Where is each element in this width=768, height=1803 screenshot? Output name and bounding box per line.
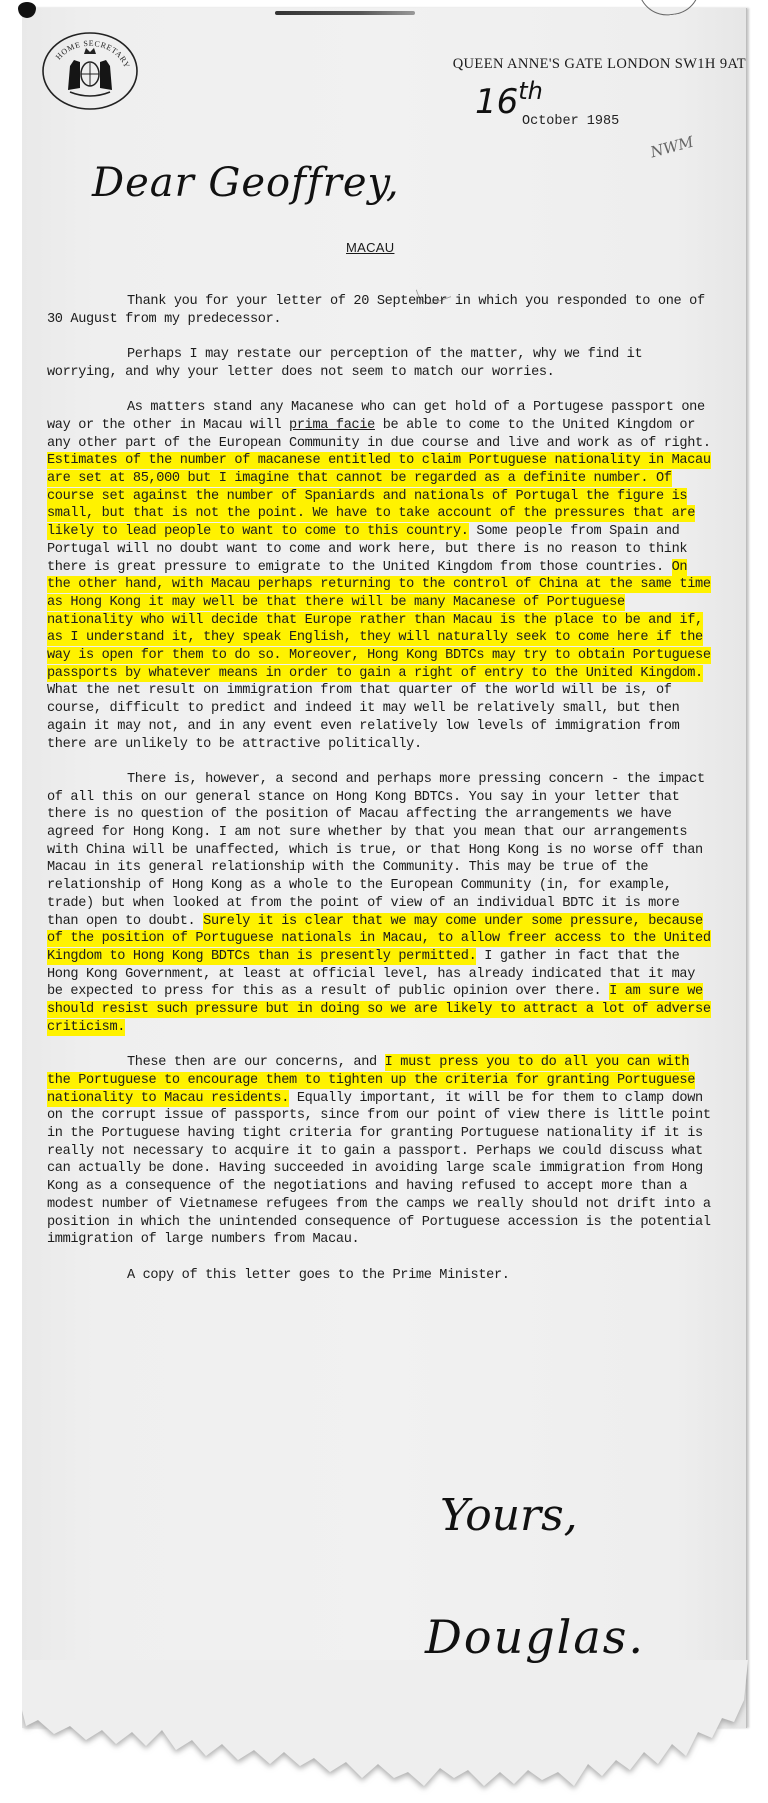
date-typed: October 1985 — [522, 114, 619, 129]
paragraph: These then are our concerns, and I must … — [47, 1054, 712, 1249]
redaction-mark — [275, 11, 415, 15]
signature: Douglas. — [425, 1610, 645, 1664]
salutation: Dear Geoffrey, — [92, 160, 400, 206]
highlighted-text: On the other hand, with Macau perhaps re… — [47, 559, 711, 682]
text-segment: Thank you for your letter of 20 Septembe… — [47, 294, 705, 327]
text-segment: Equally important, it will be for them t… — [47, 1091, 711, 1248]
text-segment: Perhaps I may restate our perception of … — [47, 347, 642, 380]
date-suffix: th — [518, 77, 543, 105]
subject-heading: MACAU — [346, 240, 394, 255]
paragraph: Perhaps I may restate our perception of … — [47, 346, 712, 381]
paragraph: Thank you for your letter of 20 Septembe… — [47, 293, 712, 328]
underlined-text: prima facie — [289, 418, 375, 433]
letter-body: Thank you for your letter of 20 Septembe… — [47, 293, 712, 1302]
royal-crest-seal-icon: HOME SECRETARY — [40, 30, 140, 112]
paragraph: As matters stand any Macanese who can ge… — [47, 399, 712, 753]
text-segment: What the net result on immigration from … — [47, 683, 679, 751]
svg-text:HOME SECRETARY: HOME SECRETARY — [54, 39, 132, 70]
paragraph: There is, however, a second and perhaps … — [47, 771, 712, 1037]
date-day: 16 — [475, 82, 518, 122]
torn-paper-edge — [22, 1660, 748, 1800]
closing: Yours, — [440, 1490, 578, 1541]
text-segment: There is, however, a second and perhaps … — [47, 772, 705, 929]
letterhead-address: QUEEN ANNE'S GATE LONDON SW1H 9AT — [453, 56, 746, 73]
text-segment: These then are our concerns, and — [127, 1055, 385, 1070]
paragraph: A copy of this letter goes to the Prime … — [47, 1267, 712, 1285]
text-segment: A copy of this letter goes to the Prime … — [127, 1268, 510, 1283]
